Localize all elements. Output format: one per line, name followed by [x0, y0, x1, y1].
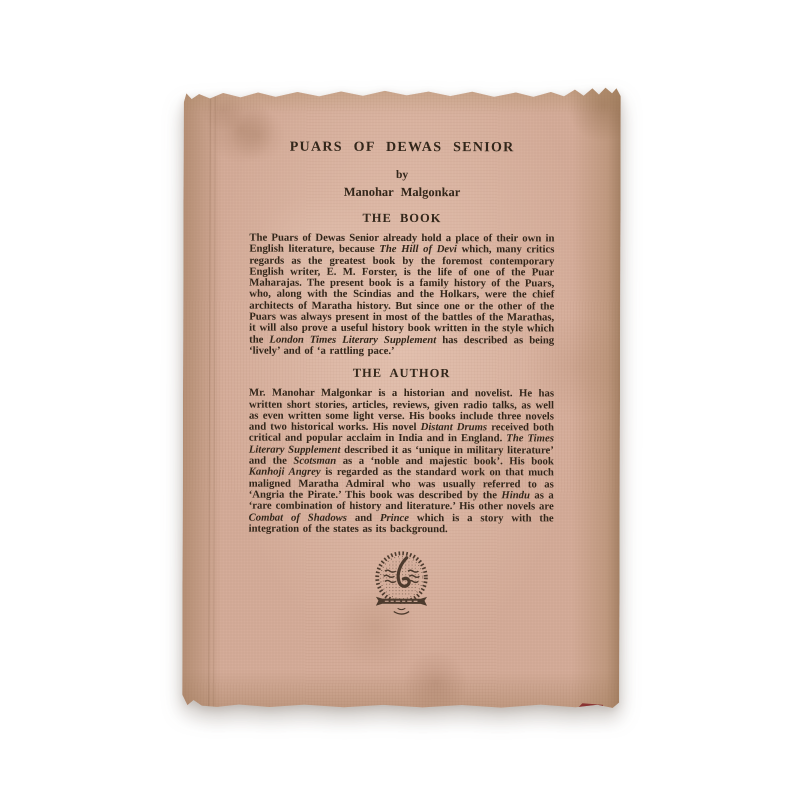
book-shadow: PUARS OF DEWAS SENIOR by Manohar Malgonk…	[0, 0, 800, 800]
book-board-red-corner	[577, 700, 603, 708]
publisher-emblem-icon	[248, 548, 553, 621]
author-description: Mr. Manohar Malgonkar is a historian and…	[249, 388, 554, 536]
byline: by	[250, 169, 555, 182]
book-back-cover: PUARS OF DEWAS SENIOR by Manohar Malgonk…	[182, 85, 621, 708]
section-heading-the-book: THE BOOK	[249, 211, 554, 227]
section-heading-the-author: THE AUTHOR	[249, 366, 554, 382]
author-name: Manohar Malgonkar	[250, 185, 555, 201]
back-cover-text-column: PUARS OF DEWAS SENIOR by Manohar Malgonk…	[248, 140, 554, 621]
book-title: PUARS OF DEWAS SENIOR	[250, 140, 555, 157]
book-description: The Puars of Dewas Senior already hold a…	[249, 233, 554, 358]
photo-backdrop: PUARS OF DEWAS SENIOR by Manohar Malgonk…	[0, 0, 800, 800]
